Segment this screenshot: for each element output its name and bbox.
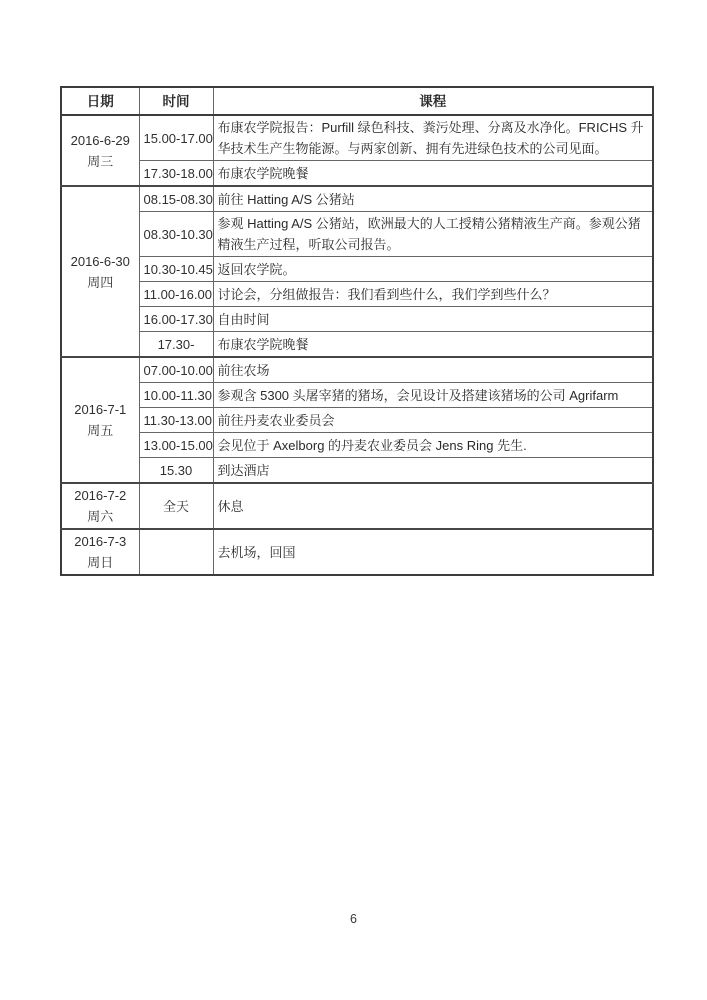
date-text: 2016-7-1 [66,399,135,420]
date-cell: 2016-7-2周六 [61,483,139,529]
table-header: 日期 时间 课程 [61,87,653,115]
col-header-date: 日期 [61,87,139,115]
table-body: 2016-6-29周三15.00-17.00布康农学院报告：Purfill 绿色… [61,115,653,575]
weekday-text: 周六 [66,506,135,527]
time-cell: 15.30 [139,458,213,484]
course-cell: 到达酒店 [213,458,653,484]
weekday-text: 周四 [66,272,135,293]
time-cell [139,529,213,575]
course-cell: 布康农学院晚餐 [213,332,653,358]
table-row: 2016-7-2周六全天休息 [61,483,653,529]
table-row: 2016-7-3周日去机场，回国 [61,529,653,575]
date-text: 2016-6-29 [66,130,135,151]
table-row: 2016-6-29周三15.00-17.00布康农学院报告：Purfill 绿色… [61,115,653,161]
course-cell: 布康农学院晚餐 [213,161,653,187]
time-cell: 16.00-17.30 [139,307,213,332]
course-cell: 前往丹麦农业委员会 [213,408,653,433]
course-cell: 参观 Hatting A/S 公猪站，欧洲最大的人工授精公猪精液生产商。参观公猪… [213,212,653,257]
table-row: 10.30-10.45返回农学院。 [61,257,653,282]
table-row: 17.30-18.00布康农学院晚餐 [61,161,653,187]
header-row: 日期 时间 课程 [61,87,653,115]
time-cell: 17.30- [139,332,213,358]
table-row: 11.30-13.00前往丹麦农业委员会 [61,408,653,433]
page-number: 6 [0,912,707,926]
weekday-text: 周五 [66,420,135,441]
schedule-table: 日期 时间 课程 2016-6-29周三15.00-17.00布康农学院报告：P… [60,86,654,576]
time-cell: 11.30-13.00 [139,408,213,433]
course-cell: 休息 [213,483,653,529]
date-text: 2016-7-3 [66,531,135,552]
table-row: 2016-6-30周四08.15-08.30前往 Hatting A/S 公猪站 [61,186,653,212]
time-cell: 全天 [139,483,213,529]
weekday-text: 周三 [66,151,135,172]
course-cell: 前往 Hatting A/S 公猪站 [213,186,653,212]
table-row: 08.30-10.30参观 Hatting A/S 公猪站，欧洲最大的人工授精公… [61,212,653,257]
document-page: 日期 时间 课程 2016-6-29周三15.00-17.00布康农学院报告：P… [0,0,707,1000]
table-row: 2016-7-1周五07.00-10.00前往农场 [61,357,653,383]
course-cell: 返回农学院。 [213,257,653,282]
table-row: 11.00-16.00讨论会，分组做报告：我们看到些什么，我们学到些什么？ [61,282,653,307]
date-cell: 2016-6-29周三 [61,115,139,186]
date-text: 2016-6-30 [66,251,135,272]
date-cell: 2016-7-3周日 [61,529,139,575]
time-cell: 13.00-15.00 [139,433,213,458]
time-cell: 08.15-08.30 [139,186,213,212]
course-cell: 会见位于 Axelborg 的丹麦农业委员会 Jens Ring 先生. [213,433,653,458]
time-cell: 11.00-16.00 [139,282,213,307]
course-cell: 去机场，回国 [213,529,653,575]
weekday-text: 周日 [66,552,135,573]
time-cell: 15.00-17.00 [139,115,213,161]
course-cell: 参观含 5300 头屠宰猪的猪场，会见设计及搭建该猪场的公司 Agrifarm [213,383,653,408]
time-cell: 10.00-11.30 [139,383,213,408]
time-cell: 08.30-10.30 [139,212,213,257]
table-row: 17.30-布康农学院晚餐 [61,332,653,358]
date-cell: 2016-6-30周四 [61,186,139,357]
col-header-time: 时间 [139,87,213,115]
table-row: 13.00-15.00会见位于 Axelborg 的丹麦农业委员会 Jens R… [61,433,653,458]
time-cell: 07.00-10.00 [139,357,213,383]
date-text: 2016-7-2 [66,485,135,506]
col-header-course: 课程 [213,87,653,115]
time-cell: 10.30-10.45 [139,257,213,282]
course-cell: 布康农学院报告：Purfill 绿色科技、粪污处理、分离及水净化。FRICHS … [213,115,653,161]
table-row: 10.00-11.30参观含 5300 头屠宰猪的猪场，会见设计及搭建该猪场的公… [61,383,653,408]
table-row: 15.30到达酒店 [61,458,653,484]
time-cell: 17.30-18.00 [139,161,213,187]
table-row: 16.00-17.30自由时间 [61,307,653,332]
course-cell: 讨论会，分组做报告：我们看到些什么，我们学到些什么？ [213,282,653,307]
course-cell: 自由时间 [213,307,653,332]
course-cell: 前往农场 [213,357,653,383]
date-cell: 2016-7-1周五 [61,357,139,483]
